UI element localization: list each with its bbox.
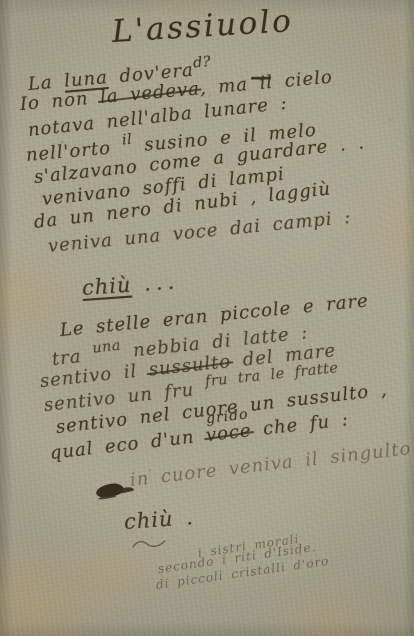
refrain-dots: ... bbox=[143, 269, 180, 295]
refrain-word: chiù bbox=[81, 273, 132, 300]
revision-stack: gridovoce bbox=[205, 420, 253, 446]
inserted-word: una bbox=[92, 338, 122, 357]
manuscript-page: L'assiuolo — La luna dov'erad? Io non la… bbox=[0, 0, 414, 636]
refrain-chiu-1: chiù ... bbox=[81, 269, 180, 300]
refrain-dot: . bbox=[185, 505, 194, 529]
struck-word: voce bbox=[205, 420, 253, 446]
poem-title: L'assiuolo bbox=[111, 3, 294, 50]
inserted-word: il bbox=[121, 132, 133, 149]
refrain-word: chiù bbox=[123, 507, 174, 534]
verse-word: che fu : bbox=[262, 409, 350, 440]
refrain-chiu-2: chiù . bbox=[123, 505, 194, 534]
verse-word: Io non bbox=[19, 88, 89, 115]
flourish-mark bbox=[130, 536, 168, 552]
ink-blot bbox=[95, 482, 125, 499]
inserted-word: d? bbox=[192, 54, 211, 72]
